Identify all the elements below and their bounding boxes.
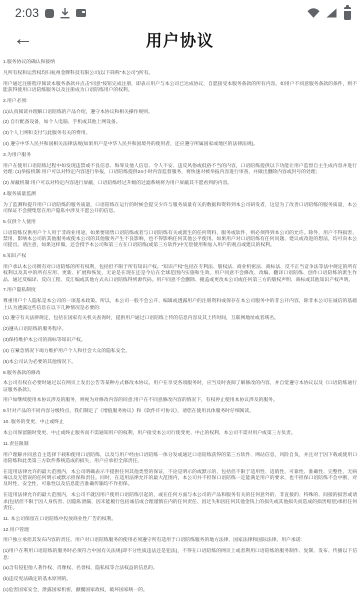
agreement-paragraph: 为了监测和提升用户口语陪练的服务质量，口语陪练在运行的时候会提交少许与服务质量有… bbox=[3, 203, 357, 216]
agreement-paragraph: 在适用法律允许的最大范围内，本公司不就因用户使用口语陪练引起的，或在任何方面与本… bbox=[3, 493, 357, 512]
agreement-paragraph: (1)用户在利用口语陪练的服务时必须符合中国有关法规(即不分性质违法还是犯法)，… bbox=[3, 549, 357, 562]
agreement-paragraph: 6.知识产权 bbox=[3, 254, 357, 260]
agreement-paragraph: 1.服务协议的确认和接纳 bbox=[3, 60, 357, 66]
agreement-paragraph: (4) 在紧急情况下竭力维护用户个人和社会大众的隐私安全。 bbox=[3, 349, 357, 355]
screenshot-icon bbox=[76, 9, 86, 17]
agreement-paragraph: (4) 遵守中华人民共和国相关法律法规(如果用户是中华人民共和国境外的使用者，还… bbox=[3, 142, 357, 148]
app-notification-icon bbox=[45, 9, 54, 18]
agreement-paragraph: (5)本公司认为必要的其他情况下。 bbox=[3, 360, 357, 366]
agreement-paragraph: 在适用法律允许的最大范围内，本公司明确表示不提供任何其他类型的保证，不论是明示的… bbox=[3, 470, 357, 489]
agreement-paragraph: 用户独立承担其发布内容的责任。用户对口语陪练服务的使用必须遵守所有适用于口语陪练… bbox=[3, 538, 357, 544]
agreement-paragraph: 12.用户管理 bbox=[3, 528, 357, 534]
status-bar-left: 2:03 bbox=[15, 6, 86, 20]
agreement-paragraph: (1) 遵守有关法律规定，包括在国家有关机关查询时，提供用户通过口语陪练上传的信… bbox=[3, 316, 357, 322]
status-bar-right bbox=[307, 7, 351, 20]
agreement-paragraph: 本公司有权在必要时通过以在网页上发出公告等某种方式修改本协议。用户在享受各项服务… bbox=[3, 381, 357, 394]
agreement-paragraph: 凡所有权和运营权均归杭州金牌科技有限公司(以下简称“本公司”)所有。 bbox=[3, 71, 357, 77]
agreement-paragraph: 用户在使用口语陪练过程中如发现违禁或不良信息、侮辱及他人信息、令人不安、违反风俗… bbox=[3, 164, 357, 177]
agreement-paragraph: (c)危害国家安全，泄露国家机密，颠覆国家政权，破坏国家统一的。 bbox=[3, 588, 357, 594]
agreement-paragraph: (3)个人上网和支付与此服务有关的费用。 bbox=[3, 131, 357, 137]
agreement-paragraph: 10. 服务的变更、中止或终止 bbox=[3, 420, 357, 426]
agreement-paragraph: 4.服务质量监测 bbox=[3, 192, 357, 198]
agreement-paragraph: 8.服务条款的修改 bbox=[3, 371, 357, 377]
cellular-signal-icon bbox=[326, 8, 337, 18]
agreement-paragraph: (a)含有侵犯他人著作权、肖像权、名誉权、隐私权等合法权益的信息的。 bbox=[3, 566, 357, 572]
agreement-paragraph: 用户承认本公司拥有对口语陪练的所有权利，包括但不限于所有知识产权。“知识产权”包… bbox=[3, 265, 357, 284]
agreement-paragraph: 用户如继续使用本协议涉及的服务，则视为对修改内容的同意;用户在不同意修改内容的情… bbox=[3, 398, 357, 404]
agreement-paragraph: (1)认真阅读并理解口语陪练的产品介绍，遵守本协议和相关操作规则。 bbox=[3, 110, 357, 116]
agreement-paragraph: 3.为用户服务 bbox=[3, 153, 357, 159]
agreement-paragraph: (2)遵从口语陪练的服务程序。 bbox=[3, 327, 357, 333]
app-bar: ← 用户协议 bbox=[0, 24, 360, 55]
page-title: 用户协议 bbox=[146, 28, 214, 51]
agreement-paragraph: 11. 本公司保留在口语陪练中投放商业性广告的权利。 bbox=[3, 517, 357, 523]
battery-icon bbox=[343, 7, 351, 20]
agreement-paragraph: 2.用户必须: bbox=[3, 99, 357, 105]
wifi-icon bbox=[307, 8, 320, 18]
agreement-paragraph: 11.责任限制 bbox=[3, 442, 357, 448]
agreement-paragraph: (3)保持维护本公司的商标等知识产权。 bbox=[3, 338, 357, 344]
status-time: 2:03 bbox=[15, 6, 39, 20]
agreement-paragraph: 用户通过注册程序阅读本服务条款并点击“同意”按钮完成注册，即表示用户与本公司已达… bbox=[3, 82, 357, 95]
agreement-document[interactable]: 1.服务协议的确认和接纳凡所有权和运营权均归杭州金牌科技有限公司(以下简称“本公… bbox=[0, 55, 360, 600]
agreement-paragraph: 9.针对产品的不同内容分级特点，我们制定了《增值服务协议》和《软件许可协议》，请… bbox=[3, 409, 357, 415]
agreement-paragraph: 尊重用户个人隐私是本公司的一项基本政策。所以，本公司一般不会公开、编辑或透露用户… bbox=[3, 299, 357, 312]
screen: 2:03 ← 用户协议 1.服务协议的确认和接纳凡所有权和运营权均归杭州金牌科技… bbox=[0, 0, 360, 600]
agreement-paragraph: (2) 自行配备设备，如个人电脑、手机或其他上网设备。 bbox=[3, 120, 357, 126]
agreement-paragraph: (b)违反宪法确定的基本原则的。 bbox=[3, 577, 357, 583]
agreement-paragraph: (2) 屏蔽机制:用户可以对特定内容进行屏蔽，口语陪练经过升级的过滤系统将为用户… bbox=[3, 181, 357, 187]
agreement-paragraph: 7.用户隐私制度 bbox=[3, 288, 357, 294]
agreement-paragraph: 本公司保留随时变更、中止或终止服务而不需通知用户的权利，用户接受本公司行使变更、… bbox=[3, 431, 357, 437]
status-bar: 2:03 bbox=[0, 0, 360, 24]
agreement-paragraph: 口语陪练仅供用户个人用于非商业用途。如果要销售口语陪练或者与口语陪练有关或派生的… bbox=[3, 231, 357, 250]
download-complete-icon bbox=[60, 8, 70, 19]
agreement-paragraph: 5.仅供个人使用 bbox=[3, 220, 357, 226]
agreement-paragraph: 用户理解并同意自主选择下载和使用口语陪练，以及与用户经由口语陪练一体分发或通过口… bbox=[3, 453, 357, 466]
back-arrow-icon[interactable]: ← bbox=[13, 25, 33, 53]
